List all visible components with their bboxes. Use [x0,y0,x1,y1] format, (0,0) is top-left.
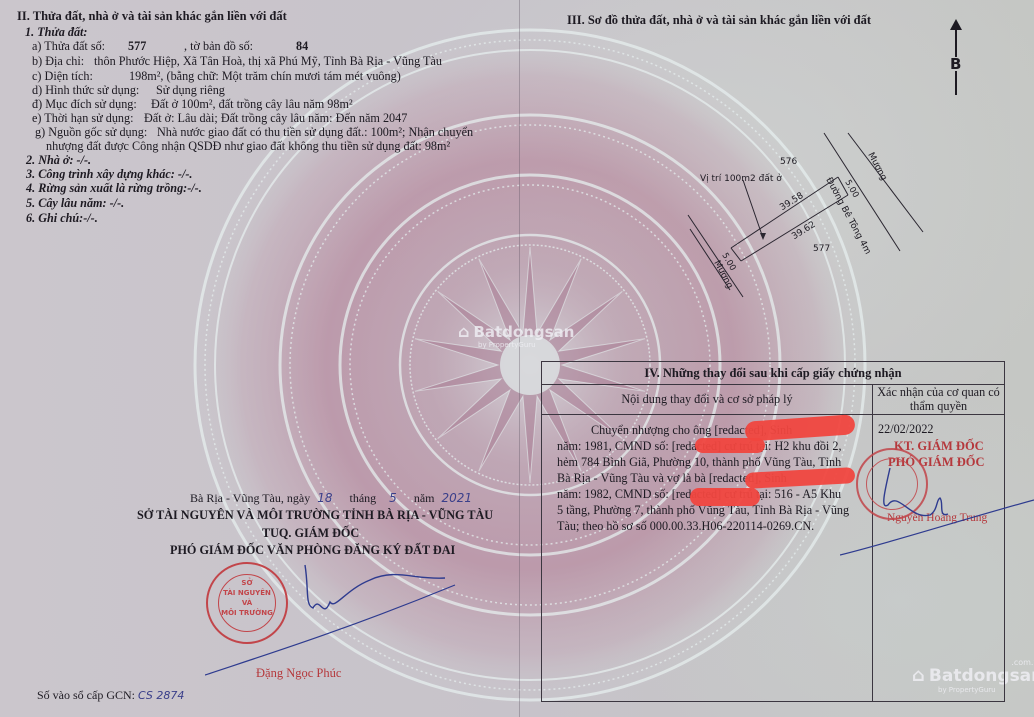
table-title-row: IV. Những thay đổi sau khi cấp giấy chứn… [542,362,1004,385]
section2-subtitle: 1. Thửa đất: [25,25,88,39]
signer-position: PHÓ GIÁM ĐỐC VĂN PHÒNG ĐĂNG KÝ ĐẤT ĐAI [170,543,455,557]
page-fold [519,0,520,717]
north-arrow-icon [950,19,962,30]
section3-title: III. Sơ đồ thửa đất, nhà ở và tài sản kh… [567,13,871,27]
section2-title: II. Thửa đất, nhà ở và tài sản khác gắn … [17,9,287,23]
area-label: c) Diện tích: [32,69,93,83]
watermark-center: ⌂Batdongsan by PropertyGuru [458,322,574,349]
north-label: B [950,57,961,71]
issue-place-date: Bà Rịa - Vũng Tàu, ngày 18 tháng 5 năm 2… [190,491,472,505]
signature-left [205,560,465,680]
col-changes-header: Nội dung thay đổi và cơ sở pháp lý [542,392,872,407]
redaction-mark [690,488,760,506]
perennial-item: 5. Cây lâu năm: -/-. [26,196,124,210]
issuing-agency: SỞ TÀI NGUYÊN VÀ MÔI TRƯỜNG TỈNH BÀ RỊA … [137,508,493,522]
forest-item: 4. Rừng sản xuất là rừng trồng:-/-. [26,181,202,195]
address-value: thôn Phước Hiệp, Xã Tân Hoà, thị xã Phú … [94,54,442,68]
registry-value: CS 2874 [138,689,184,702]
neighbor-north-label: 576 [780,155,797,169]
address-label: b) Địa chỉ: [32,54,84,68]
redaction-mark [695,438,765,453]
watermark-logo-icon: ⌂ [458,322,469,341]
month-label: tháng [350,491,377,505]
registry-label: Số vào sổ cấp GCN: [37,688,135,702]
map-number: 84 [296,39,308,53]
other-construction-item: 3. Công trình xây dựng khác: -/-. [26,167,192,181]
residential-note: Vị trí 100m2 đất ở [700,172,782,186]
origin-label: g) Nguồn gốc sử dụng: [35,125,147,139]
area-value: 198m², (bằng chữ: Một trăm chín mươi tám… [129,69,401,83]
purpose-label: đ) Mục đích sử dụng: [32,97,137,111]
place-date-prefix: Bà Rịa - Vũng Tàu, ngày [190,491,310,505]
usage-form-value: Sử dụng riêng [156,83,225,97]
on-behalf-title: TUQ. GIÁM ĐỐC [262,526,359,540]
purpose-value: Đất ở 100m², đất trồng cây lâu năm 98m² [151,97,353,111]
signer-name: Đặng Ngọc Phúc [256,666,341,680]
house-item: 2. Nhà ở: -/-. [26,153,91,167]
year-label: năm [414,491,435,505]
note-item: 6. Ghi chú:-/-. [26,211,98,225]
term-value: Đất ở: Lâu dài; Đất trồng cây lâu năm: Đ… [144,111,407,125]
term-label: e) Thời hạn sử dụng: [32,111,134,125]
map-label: , tờ bản đồ số: [184,39,253,53]
approval-date: 22/02/2022 [878,422,934,436]
usage-form-label: d) Hình thức sử dụng: [32,83,139,97]
table-header-row: Nội dung thay đổi và cơ sở pháp lý Xác n… [542,384,1004,415]
section4-title: IV. Những thay đổi sau khi cấp giấy chứn… [542,366,1004,381]
origin-value-line2: nhượng đất được Công nhận QSDĐ như giao … [46,139,450,153]
registry-number: Số vào sổ cấp GCN: CS 2874 [37,688,184,703]
origin-value-line1: Nhà nước giao đất có thu tiền sử dụng đấ… [157,125,473,139]
col-approval-header: Xác nhận của cơ quan có thẩm quyền [873,385,1004,413]
issue-day: 18 [317,491,332,505]
parcel-number: 577 [128,39,146,53]
signature-right [840,460,1034,580]
issue-year: 2021 [441,491,472,505]
issue-month: 5 [389,491,397,505]
parcel-label-577: 577 [813,242,830,256]
parcel-label: a) Thửa đất số: [32,39,105,53]
entry-line: Tàu; theo hồ sơ số 000.00.33.H06-220114-… [557,518,875,534]
